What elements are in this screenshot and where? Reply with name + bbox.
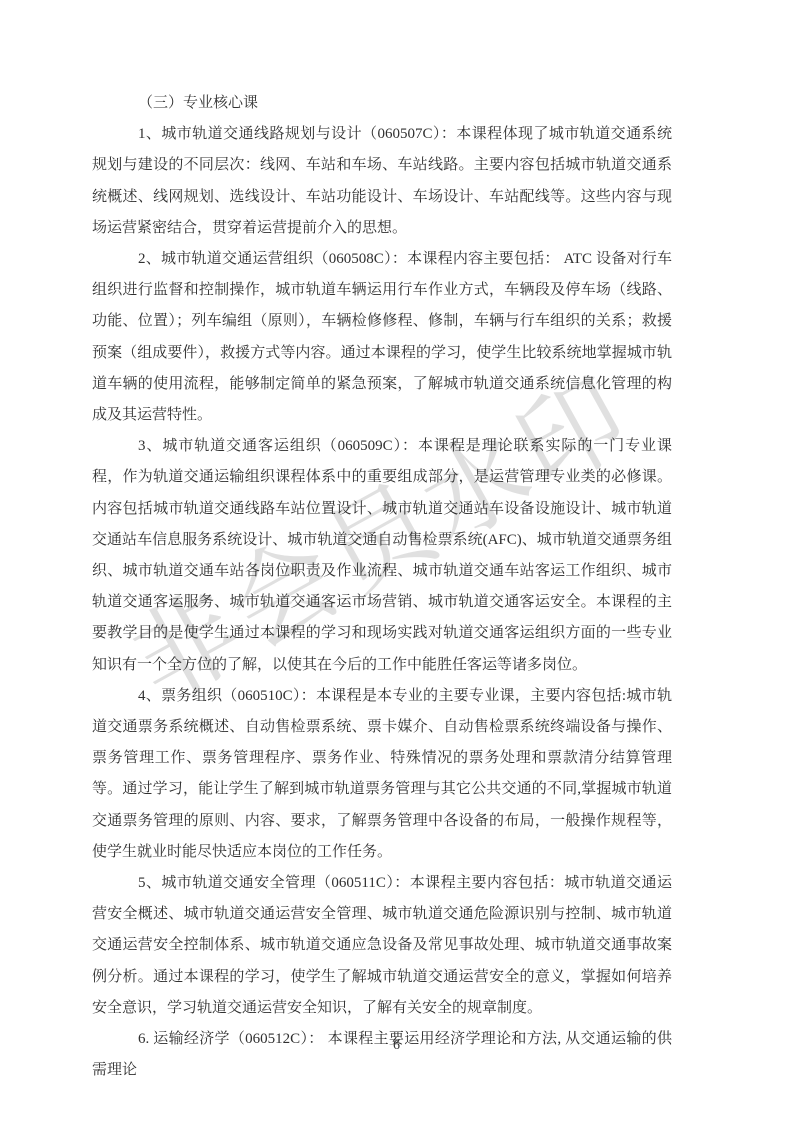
page-number: 6: [0, 1038, 793, 1054]
document-content: （三）专业核心课 1、城市轨道交通线路规划与设计（060507C）：本课程体现了…: [92, 88, 672, 1087]
course-paragraph-1: 1、城市轨道交通线路规划与设计（060507C）：本课程体现了城市轨道交通系统规…: [92, 119, 672, 244]
course-paragraph-6: 6. 运输经济学（060512C）： 本课程主要运用经济学理论和方法, 从交通运…: [92, 1024, 672, 1086]
course-paragraph-3: 3、城市轨道交通客运组织（060509C）：本课程是理论联系实际的一门专业课程，…: [92, 431, 672, 681]
course-paragraph-2: 2、城市轨道交通运营组织（060508C）：本课程内容主要包括： ATC 设备对…: [92, 244, 672, 431]
course-paragraph-5: 5、城市轨道交通安全管理（060511C）：本课程主要内容包括：城市轨道交通运营…: [92, 868, 672, 1024]
section-heading: （三）专业核心课: [92, 88, 672, 119]
document-page: 非会员水印 （三）专业核心课 1、城市轨道交通线路规划与设计（060507C）：…: [0, 0, 793, 1122]
course-paragraph-4: 4、票务组织（060510C）：本课程是本专业的主要专业课，主要内容包括:城市轨…: [92, 681, 672, 868]
